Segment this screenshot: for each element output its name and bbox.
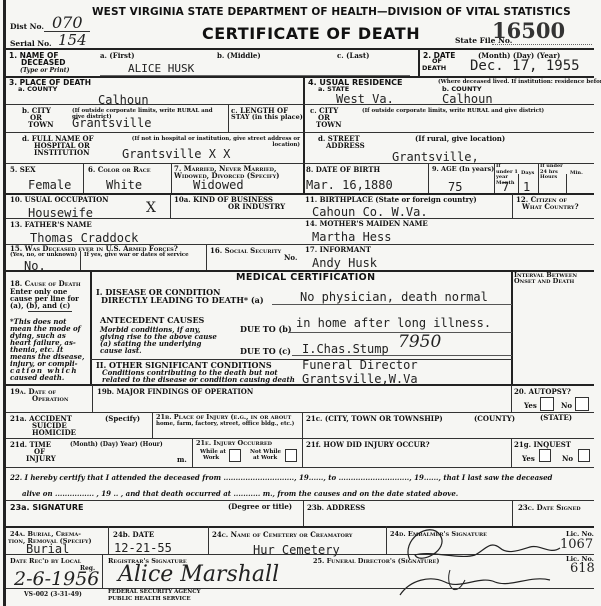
race-value: White <box>106 178 142 192</box>
name-label-2: DECEASED <box>21 59 66 67</box>
age-years-value: 75 <box>448 180 462 194</box>
father-name-value: Thomas Craddock <box>30 231 138 245</box>
left-border <box>3 0 6 606</box>
while-at-work-checkbox[interactable] <box>229 449 241 462</box>
social-security-label-2: No. <box>284 254 297 262</box>
operation-findings-label: 19b. MAJOR FINDINGS OF OPERATION <box>97 388 253 396</box>
occupation-label: 10. USUAL OCCUPATION <box>10 196 109 204</box>
date-signed-label: 23c. Date Signed <box>518 504 581 512</box>
age-months-value: 7 <box>502 180 509 194</box>
death-county-label: a. COUNTY <box>18 86 57 94</box>
cause-line-c: I.Chas.Stump <box>302 342 389 356</box>
interval-label-2: Onset and Death <box>514 278 574 286</box>
mother-name-label: 14. MOTHER'S MAIDEN NAME <box>305 220 428 228</box>
last-name-label: c. (Last) <box>337 52 369 60</box>
federal-security-agency: FEDERAL SECURITY AGENCY <box>108 589 201 595</box>
injury-county-label: (COUNTY) <box>474 415 515 423</box>
disease-label-2: DIRECTLY LEADING TO DEATH* (a) <box>101 295 264 305</box>
informant-label: 17. INFORMANT <box>305 246 371 254</box>
hospital-value: Grantsville X X <box>122 147 230 161</box>
time-of-injury-injury: INJURY <box>26 455 56 463</box>
injury-city-label: 21c. (CITY, TOWN OR TOWNSHIP) <box>306 415 443 423</box>
injury-occurred-label: 21e. Injury Occurred <box>196 440 272 448</box>
not-at-work-checkbox[interactable] <box>285 449 297 462</box>
age-days-label: Days <box>521 170 534 176</box>
other-conditions-line-1: Funeral Director <box>302 358 418 372</box>
business-label-2: OR INDUSTRY <box>228 203 285 211</box>
residence-city-note: (If outside corporate limits, write RURA… <box>362 108 544 114</box>
autopsy-no-label: No <box>561 402 572 410</box>
dist-no-value: 070 <box>52 13 83 32</box>
time-of-injury-columns: (Month) (Day) Year) (Hour) <box>70 442 163 448</box>
cause-instruction-3: (a), (b), and (c) <box>10 302 70 310</box>
name-label-3: (Type or Print) <box>20 68 69 74</box>
cause-line-b: in home after long illness. <box>296 316 491 330</box>
armed-forces-note-2: If yes, give war or dates of service <box>84 252 189 258</box>
race-label: 6. Color or Race <box>88 166 151 174</box>
autopsy-yes-label: Yes <box>524 402 537 410</box>
due-to-c-label: DUE TO (c) <box>240 346 291 356</box>
cause-note-9: caused death. <box>10 374 64 382</box>
while-at-work-label-2: Work <box>203 455 219 461</box>
other-conditions-note-2: related to the disease or condition caus… <box>102 376 295 384</box>
inquest-yes-checkbox[interactable] <box>539 449 551 462</box>
signature-label: 23a. SIGNATURE <box>10 504 84 512</box>
age-label: 9. AGE (In years) <box>432 166 494 172</box>
social-security-label: 16. Social Security <box>210 247 281 255</box>
certification-statement-2: alive on ................ , 19 .. , and … <box>22 490 458 498</box>
homicide-label: HOMICIDE <box>32 429 76 437</box>
dist-no-label: Dist No. <box>10 24 44 30</box>
due-to-b-label: DUE TO (b) <box>240 324 292 334</box>
injury-state-label: (STATE) <box>540 414 572 422</box>
first-name-label: a. (First) <box>100 52 135 60</box>
not-at-work-label-2: at Work <box>253 455 277 461</box>
serial-no-value: 154 <box>58 31 87 49</box>
date-of-death-value: Dec. 17, 1955 <box>470 58 580 74</box>
inquest-no-checkbox[interactable] <box>578 449 590 462</box>
inquest-yes-label: Yes <box>522 455 535 463</box>
residence-city-town: TOWN <box>316 121 342 129</box>
autopsy-no-checkbox[interactable] <box>575 397 589 411</box>
informant-value: Andy Husk <box>312 256 377 270</box>
birthplace-value: Cahoun Co. W.Va. <box>312 205 428 219</box>
form-number: VS-002 (3-31-49) <box>24 592 82 598</box>
sex-label: 5. SEX <box>10 166 36 174</box>
mother-name-value: Martha Hess <box>312 230 391 244</box>
death-city-value: Grantsville <box>72 116 151 130</box>
certification-statement-1: 22. I hereby certify that I attended the… <box>10 474 552 482</box>
date-received-label: Date Rec'd by Local <box>10 558 81 566</box>
marital-value: Widowed <box>193 178 244 192</box>
date-of-birth-label: 8. DATE OF BIRTH <box>306 166 380 174</box>
date-of-death-label-3: DEATH <box>422 65 446 73</box>
hospital-label-3: INSTITUTION <box>34 149 90 157</box>
date-of-birth-value: Mar. 16,1880 <box>306 178 393 192</box>
time-of-injury-m: m. <box>177 456 187 464</box>
specify-label: (Specify) <box>105 415 140 423</box>
agency-header: WEST VIRGINIA STATE DEPARTMENT OF HEALTH… <box>92 6 571 18</box>
inquest-no-label: No <box>562 455 573 463</box>
address-label: 23b. ADDRESS <box>307 504 365 512</box>
cause-line-a: No physician, death normal <box>300 290 488 304</box>
sex-value: Female <box>28 178 71 192</box>
deceased-name: ALICE HUSK <box>128 62 194 75</box>
autopsy-yes-checkbox[interactable] <box>540 397 554 411</box>
length-of-stay-label-2: STAY (in this place) <box>231 114 303 122</box>
armed-forces-note-1: (Yes, no, or unknown) <box>10 252 77 258</box>
how-injury-occurred-label: 21f. HOW DID INJURY OCCUR? <box>306 441 430 449</box>
burial-date-value: 12-21-55 <box>114 541 172 555</box>
occupation-mark: X <box>146 200 156 216</box>
registrar-signature: Alice Marshall <box>118 562 279 587</box>
burial-date-label: 24b. DATE <box>113 531 154 539</box>
citizenship-label-2: What Country? <box>522 203 579 211</box>
autopsy-label: 20. AUTOPSY? <box>514 388 571 396</box>
degree-label: (Degree or title) <box>228 503 292 511</box>
age-minutes-label: Min. <box>570 170 583 176</box>
public-health-service: PUBLIC HEALTH SERVICE <box>108 596 191 602</box>
date-of-operation-label-2: Operation <box>32 395 68 403</box>
certificate-title: CERTIFICATE OF DEATH <box>202 24 420 43</box>
age-days-value: 1 <box>523 180 530 194</box>
cause-line-c-number: 7950 <box>398 332 441 352</box>
morbid-note-4: cause last. <box>100 347 142 355</box>
middle-name-label: b. (Middle) <box>217 52 261 60</box>
inquest-label: 21g. INQUEST <box>514 441 571 449</box>
medical-certification-title: MEDICAL CERTIFICATION <box>236 272 375 283</box>
street-address-value: Grantsville, <box>392 150 479 164</box>
funeral-director-license-number: 618 <box>570 561 595 576</box>
date-received-value: 2-6-1956 <box>14 568 99 590</box>
father-name-label: 13. FATHER'S NAME <box>10 221 92 229</box>
death-city-town: TOWN <box>28 121 54 129</box>
state-file-number: 16500 <box>492 18 565 43</box>
death-certificate: Dist No. 070 Serial No. 154 WEST VIRGINI… <box>0 0 601 606</box>
place-of-injury-note: home, farm, factory, street, office bldg… <box>156 421 294 427</box>
street-address-label-2: ADDRESS <box>326 142 365 150</box>
birthplace-label: 11. BIRTHPLACE (State or foreign country… <box>305 196 477 204</box>
serial-no-label: Serial No. <box>10 41 52 47</box>
street-address-note: (If rural, give location) <box>415 135 505 143</box>
cemetery-label: 24c. Name of Cemetery or Creamatory <box>212 531 352 539</box>
antecedent-causes-label: ANTECEDENT CAUSES <box>100 315 204 325</box>
